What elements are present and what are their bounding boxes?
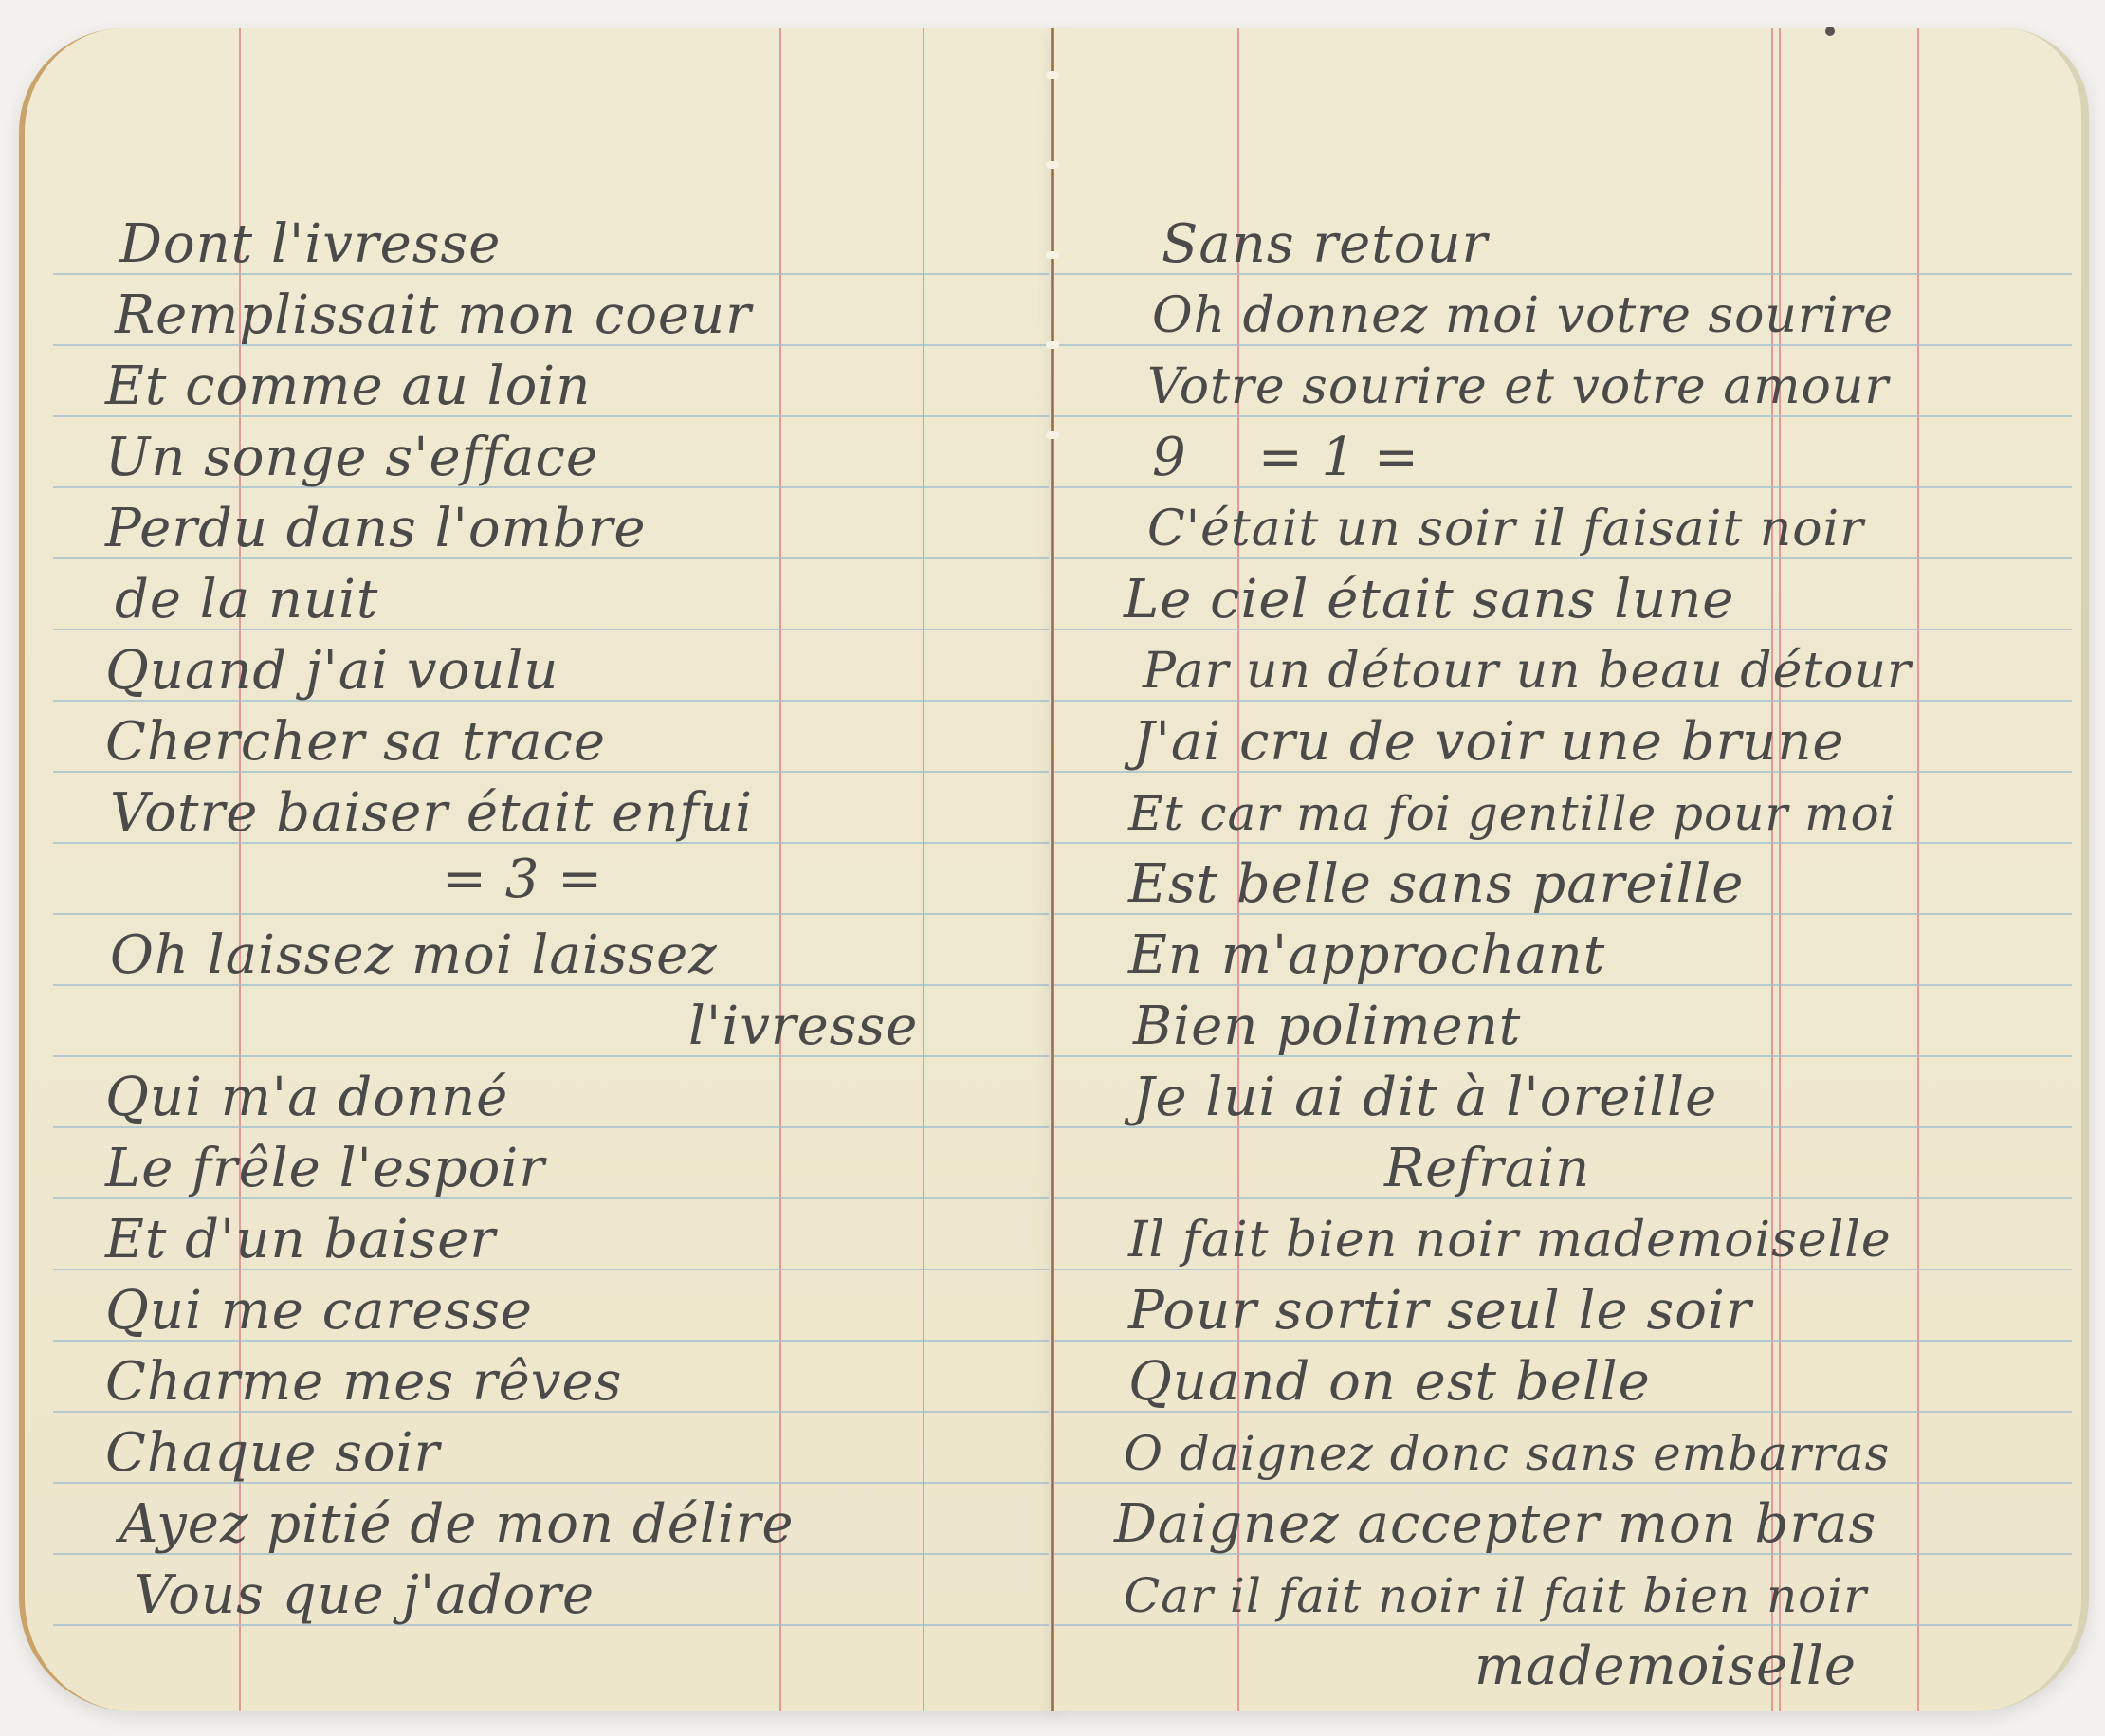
binding-stitch bbox=[1046, 431, 1059, 439]
binding-stitch bbox=[1046, 161, 1059, 169]
text-line: Et d'un baiser bbox=[105, 1212, 496, 1269]
text-line: l'ivresse bbox=[688, 998, 918, 1055]
text-line: Oh laissez moi laissez bbox=[110, 927, 718, 984]
notebook-spine bbox=[1051, 28, 1054, 1711]
binding-stitch bbox=[1046, 341, 1059, 349]
text-line: Le ciel était sans lune bbox=[1124, 572, 1734, 629]
text-line: Et car ma foi gentille pour moi bbox=[1128, 785, 1896, 842]
text-line: En m'approchant bbox=[1128, 927, 1605, 984]
binding-stitch bbox=[1046, 251, 1059, 259]
text-line: Pour sortir seul le soir bbox=[1128, 1283, 1752, 1340]
text-line: Bien poliment bbox=[1133, 998, 1521, 1055]
refrain-heading: Refrain bbox=[1384, 1141, 1590, 1197]
text-line: Perdu dans l'ombre bbox=[105, 501, 647, 557]
stanza-number: = 3 = bbox=[442, 851, 603, 908]
text-line: Dont l'ivresse bbox=[119, 216, 501, 273]
right-page-text: Sans retour Oh donnez moi votre sourire … bbox=[1052, 28, 2081, 1711]
left-page: Dont l'ivresse Remplissait mon coeur Et … bbox=[19, 28, 1058, 1711]
text-line: C'était un soir il faisait noir bbox=[1147, 501, 1864, 557]
notebook-spread: Dont l'ivresse Remplissait mon coeur Et … bbox=[19, 28, 2081, 1711]
text-line: Sans retour bbox=[1162, 216, 1488, 273]
text-line: Chaque soir bbox=[105, 1425, 440, 1482]
text-line: Et comme au loin bbox=[105, 358, 591, 415]
text-line: O daignez donc sans embarras bbox=[1124, 1425, 1890, 1482]
text-line: Oh donnez moi votre sourire bbox=[1152, 287, 1894, 344]
text-line: mademoiselle bbox=[1474, 1638, 1857, 1695]
stanza-number: 9 = 1 = bbox=[1152, 429, 1419, 486]
text-line: Quand j'ai voulu bbox=[105, 643, 558, 700]
text-line: Chercher sa trace bbox=[105, 714, 606, 771]
text-line: Un songe s'efface bbox=[105, 429, 598, 486]
text-line: Il fait bien noir mademoiselle bbox=[1128, 1212, 1892, 1269]
text-line: Votre baiser était enfui bbox=[110, 785, 753, 842]
right-page: Sans retour Oh donnez moi votre sourire … bbox=[1052, 28, 2089, 1711]
ink-spot bbox=[1825, 27, 1835, 36]
text-line: de la nuit bbox=[115, 572, 378, 629]
text-line: Quand on est belle bbox=[1128, 1354, 1651, 1411]
binding-stitch bbox=[1046, 71, 1059, 79]
text-line: Est belle sans pareille bbox=[1128, 856, 1744, 913]
text-line: Le frêle l'espoir bbox=[105, 1141, 545, 1197]
text-line: Par un détour un beau détour bbox=[1143, 643, 1912, 700]
text-line: Car il fait noir il fait bien noir bbox=[1124, 1567, 1867, 1624]
text-line: J'ai cru de voir une brune bbox=[1133, 714, 1845, 771]
text-line: Vous que j'adore bbox=[134, 1567, 595, 1624]
text-line: Ayez pitié de mon délire bbox=[119, 1496, 795, 1553]
text-line: Daignez accepter mon bras bbox=[1114, 1496, 1876, 1553]
text-line: Charme mes rêves bbox=[105, 1354, 622, 1411]
text-line: Remplissait mon coeur bbox=[115, 287, 752, 344]
text-line: Je lui ai dit à l'oreille bbox=[1133, 1069, 1717, 1126]
left-page-text: Dont l'ivresse Remplissait mon coeur Et … bbox=[25, 28, 1058, 1711]
text-line: Qui me caresse bbox=[105, 1283, 533, 1340]
text-line: Votre sourire et votre amour bbox=[1147, 358, 1889, 415]
text-line: Qui m'a donné bbox=[105, 1069, 508, 1126]
